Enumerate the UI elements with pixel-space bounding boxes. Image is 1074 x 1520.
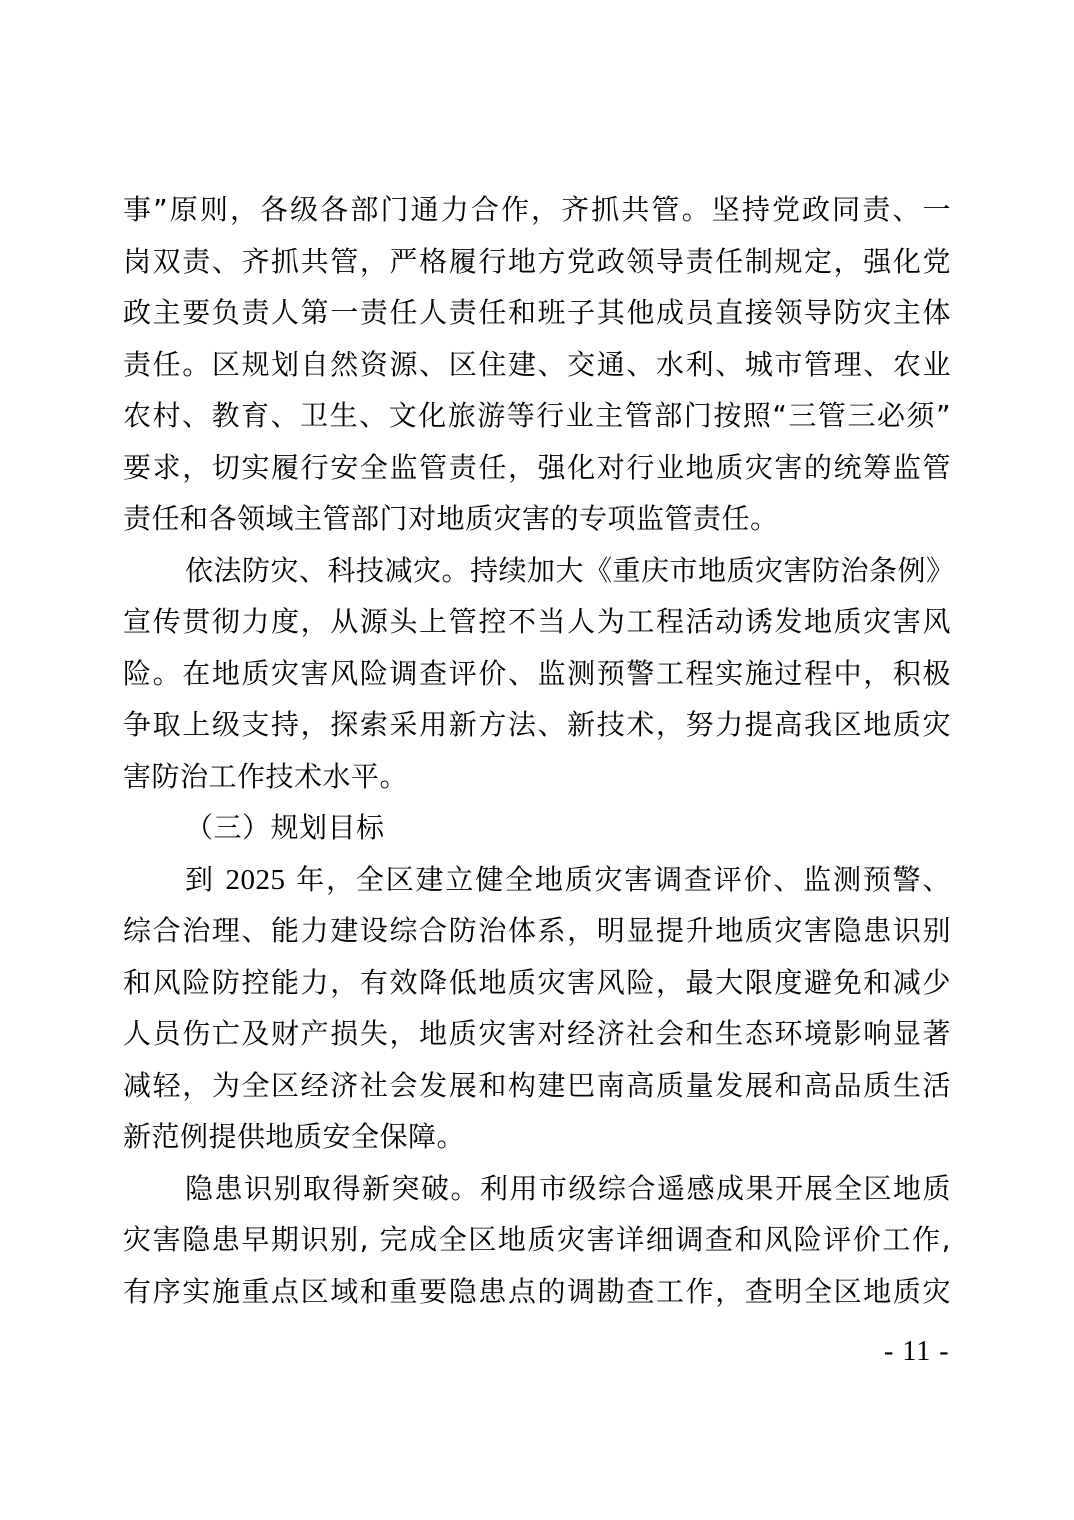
text-line: 综合治理、能力建设综合防治体系，明显提升地质灾害隐患识别 — [123, 905, 951, 957]
text-line: 责任和各领域主管部门对地质灾害的专项监管责任。 — [123, 493, 951, 545]
body-paragraph: 隐患识别取得新突破。利用市级综合遥感成果开展全区地质灾害隐患早期识别, 完成全区… — [123, 1163, 951, 1318]
body-paragraph: 到 2025 年，全区建立健全地质灾害调查评价、监测预警、综合治理、能力建设综合… — [123, 854, 951, 1163]
text-line: （三）规划目标 — [123, 802, 951, 854]
text-line: 事”原则，各级各部门通力合作，齐抓共管。坚持党政同责、一 — [123, 184, 951, 236]
text-line: 责任。区规划自然资源、区住建、交通、水利、城市管理、农业 — [123, 339, 951, 391]
document-body: 事”原则，各级各部门通力合作，齐抓共管。坚持党政同责、一岗双责、齐抓共管，严格履… — [123, 184, 951, 1317]
text-line: 减轻，为全区经济社会发展和构建巴南高质量发展和高品质生活 — [123, 1060, 951, 1112]
body-paragraph: 事”原则，各级各部门通力合作，齐抓共管。坚持党政同责、一岗双责、齐抓共管，严格履… — [123, 184, 951, 545]
text-line: 宣传贯彻力度，从源头上管控不当人为工程活动诱发地质灾害风 — [123, 596, 951, 648]
document-page: 事”原则，各级各部门通力合作，齐抓共管。坚持党政同责、一岗双责、齐抓共管，严格履… — [0, 0, 1074, 1520]
page-number: - 11 - — [884, 1336, 950, 1368]
text-line: 隐患识别取得新突破。利用市级综合遥感成果开展全区地质 — [123, 1163, 951, 1215]
text-line: 争取上级支持，探索采用新方法、新技术，努力提高我区地质灾 — [123, 699, 951, 751]
latin-numeral: 2025 — [226, 864, 286, 896]
text-line: 有序实施重点区域和重要隐患点的调勘查工作，查明全区地质灾 — [123, 1266, 951, 1318]
section-heading: （三）规划目标 — [123, 802, 951, 854]
text-line: 和风险防控能力，有效降低地质灾害风险，最大限度避免和减少 — [123, 957, 951, 1009]
text-line: 依法防灾、科技减灾。持续加大《重庆市地质灾害防治条例》 — [123, 545, 951, 597]
text-line: 害防治工作技术水平。 — [123, 751, 951, 803]
text-line: 到 2025 年，全区建立健全地质灾害调查评价、监测预警、 — [123, 854, 951, 906]
text-line: 农村、教育、卫生、文化旅游等行业主管部门按照“三管三必须” — [123, 390, 951, 442]
text-line: 岗双责、齐抓共管，严格履行地方党政领导责任制规定，强化党 — [123, 236, 951, 288]
text-line: 新范例提供地质安全保障。 — [123, 1111, 951, 1163]
body-paragraph: 依法防灾、科技减灾。持续加大《重庆市地质灾害防治条例》宣传贯彻力度，从源头上管控… — [123, 545, 951, 803]
text-line: 人员伤亡及财产损失，地质灾害对经济社会和生态环境影响显著 — [123, 1008, 951, 1060]
text-line: 政主要负责人第一责任人责任和班子其他成员直接领导防灾主体 — [123, 287, 951, 339]
text-line: 险。在地质灾害风险调查评价、监测预警工程实施过程中，积极 — [123, 648, 951, 700]
text-line: 要求，切实履行安全监管责任，强化对行业地质灾害的统筹监管 — [123, 442, 951, 494]
text-line: 灾害隐患早期识别, 完成全区地质灾害详细调查和风险评价工作, — [123, 1214, 951, 1266]
